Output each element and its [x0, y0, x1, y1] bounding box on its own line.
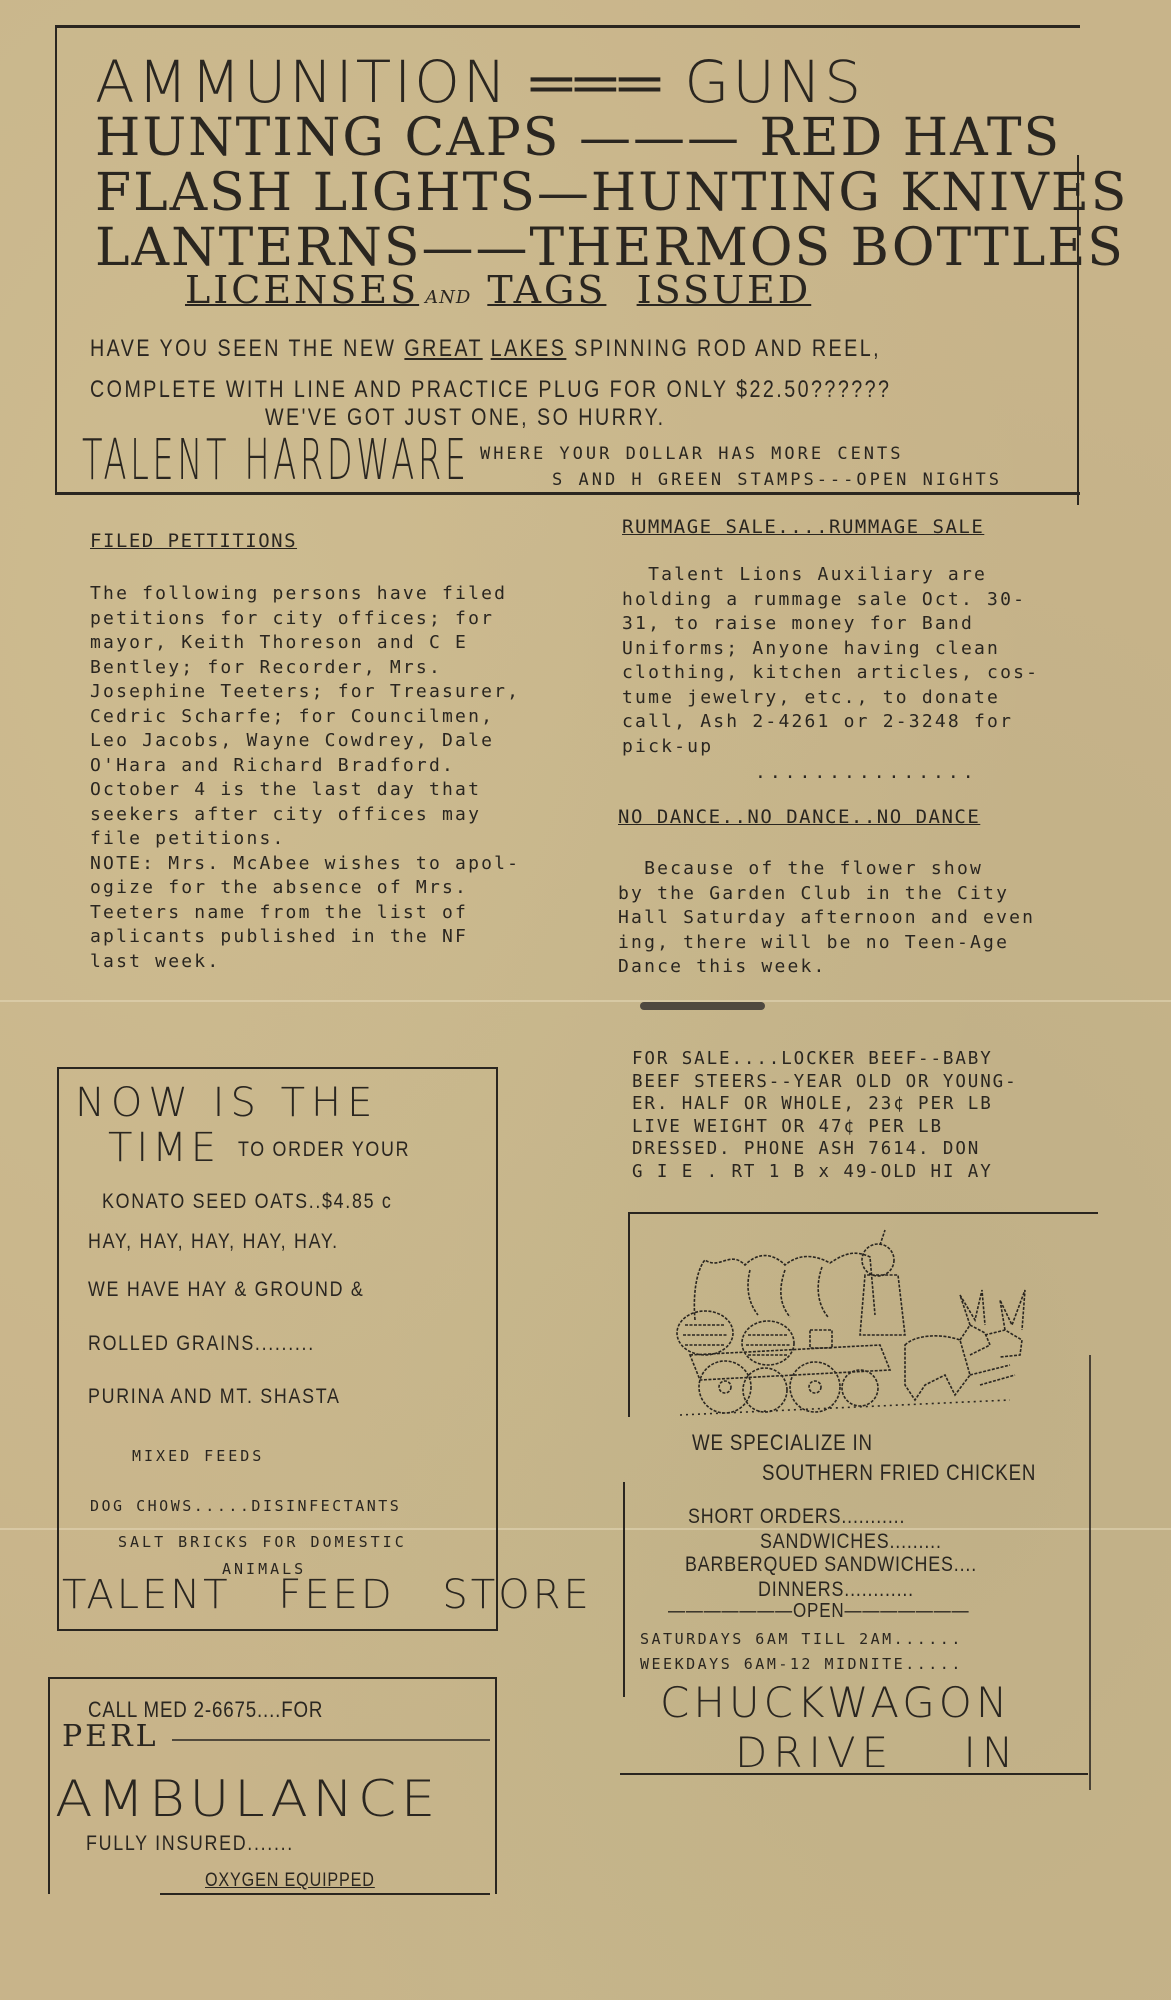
feed-subtitle: TO ORDER YOUR	[238, 1138, 410, 1162]
hardware-headline-flash-lights: FLASH LIGHTS—HUNTING KNIVES	[95, 163, 1128, 223]
chuckwagon-name: CHUCKWAGON	[660, 1678, 1011, 1727]
chuckwagon-drive-in: DRIVE IN	[735, 1728, 1019, 1777]
chuckwagon-border-left	[628, 1212, 630, 1417]
ambulance-insured: FULLY INSURED.......	[86, 1832, 294, 1856]
ambulance-oxygen: OXYGEN EQUIPPED	[205, 1870, 375, 1892]
ambulance-rule	[172, 1739, 490, 1741]
feed-line-we-have-hay: WE HAVE HAY & GROUND &	[88, 1278, 364, 1302]
licenses-word: LICENSES	[185, 268, 419, 312]
feed-line-hay: HAY, HAY, HAY, HAY, HAY.	[88, 1230, 339, 1254]
rummage-sale-body: Talent Lions Auxiliary are holding a rum…	[622, 563, 1039, 759]
feed-line-rolled-grains: ROLLED GRAINS.........	[88, 1332, 315, 1356]
chuckwagon-menu-item: DINNERS............	[758, 1578, 914, 1602]
chuckwagon-border-right	[1089, 1355, 1091, 1790]
feed-line-mixed-feeds: MIXED FEEDS	[132, 1447, 264, 1465]
chuckwagon-specialize: WE SPECIALIZE IN	[692, 1430, 873, 1456]
chuckwagon-open-label: ———————OPEN———————	[668, 1600, 969, 1623]
hardware-headline-hunting-caps: HUNTING CAPS ——— RED HATS	[95, 108, 1061, 168]
chuckwagon-hours-saturday: SATURDAYS 6AM TILL 2AM......	[640, 1630, 963, 1648]
chuckwagon-menu-item: SHORT ORDERS...........	[688, 1505, 905, 1529]
feed-title-time: TIME	[108, 1125, 220, 1171]
feed-line-purina: PURINA AND MT. SHASTA	[88, 1385, 341, 1409]
paper-fold-crease	[0, 1000, 1171, 1002]
and-word: AND	[425, 287, 471, 308]
hardware-store-name: TALENT HARDWARE	[82, 428, 470, 493]
great-word: GREAT	[404, 335, 482, 362]
filed-petitions-heading: FILED PETTITIONS	[90, 530, 297, 552]
no-dance-heading: NO DANCE..NO DANCE..NO DANCE	[618, 806, 980, 828]
chuckwagon-menu-item: BARBERQUED SANDWICHES....	[685, 1553, 977, 1577]
hardware-body-line2: COMPLETE WITH LINE AND PRACTICE PLUG FOR…	[90, 376, 891, 404]
filed-petitions-body: The following persons have filed petitio…	[90, 582, 520, 974]
chuckwagon-menu-item: SANDWICHES.........	[760, 1530, 942, 1554]
body-suffix: SPINNING ROD AND REEL,	[566, 335, 881, 362]
hardware-slogan: WHERE YOUR DOLLAR HAS MORE CENTS	[480, 444, 904, 464]
feed-line-seed-oats: KONATO SEED OATS..$4.85 c	[102, 1190, 393, 1214]
feed-line-dog-chows: DOG CHOWS.....DISINFECTANTS	[90, 1497, 401, 1515]
for-sale-body: FOR SALE....LOCKER BEEF--BABY BEEF STEER…	[632, 1048, 1018, 1183]
feed-line-salt-bricks: SALT BRICKS FOR DOMESTIC	[118, 1533, 407, 1551]
hardware-stamps-hours: S AND H GREEN STAMPS---OPEN NIGHTS	[552, 470, 1002, 490]
dotted-separator: ...............	[755, 762, 978, 783]
chuckwagon-border-left	[623, 1482, 625, 1697]
body-prefix: HAVE YOU SEEN THE NEW	[90, 335, 404, 362]
ambulance-ad-border-bottom	[160, 1893, 490, 1895]
rummage-sale-heading: RUMMAGE SALE....RUMMAGE SALE	[622, 516, 984, 538]
issued-word: ISSUED	[637, 268, 812, 312]
lakes-word: LAKES	[491, 335, 567, 362]
licenses-tags-issued: LICENSESANDTAGS ISSUED	[185, 268, 811, 312]
covered-wagon-illustration	[650, 1225, 1040, 1425]
ambulance-title: AMBULANCE	[55, 1770, 440, 1828]
chuckwagon-hours-weekdays: WEEKDAYS 6AM-12 MIDNITE.....	[640, 1655, 963, 1673]
ambulance-owner-name: PERL	[62, 1719, 159, 1754]
feed-store-name: TALENT FEED STORE	[62, 1572, 592, 1618]
no-dance-body: Because of the flower show by the Garden…	[618, 857, 1035, 980]
tags-word: TAGS	[487, 268, 606, 312]
chuckwagon-fried-chicken: SOUTHERN FRIED CHICKEN	[762, 1460, 1036, 1486]
hardware-body-line1: HAVE YOU SEEN THE NEW GREAT LAKES SPINNI…	[90, 335, 881, 363]
ink-smudge	[640, 1002, 765, 1010]
feed-title-now-is-the: NOW IS THE	[75, 1080, 378, 1126]
chuckwagon-border-top	[628, 1212, 1098, 1214]
hardware-headline-ammunition: AMMUNITION ═══ GUNS	[95, 48, 864, 116]
